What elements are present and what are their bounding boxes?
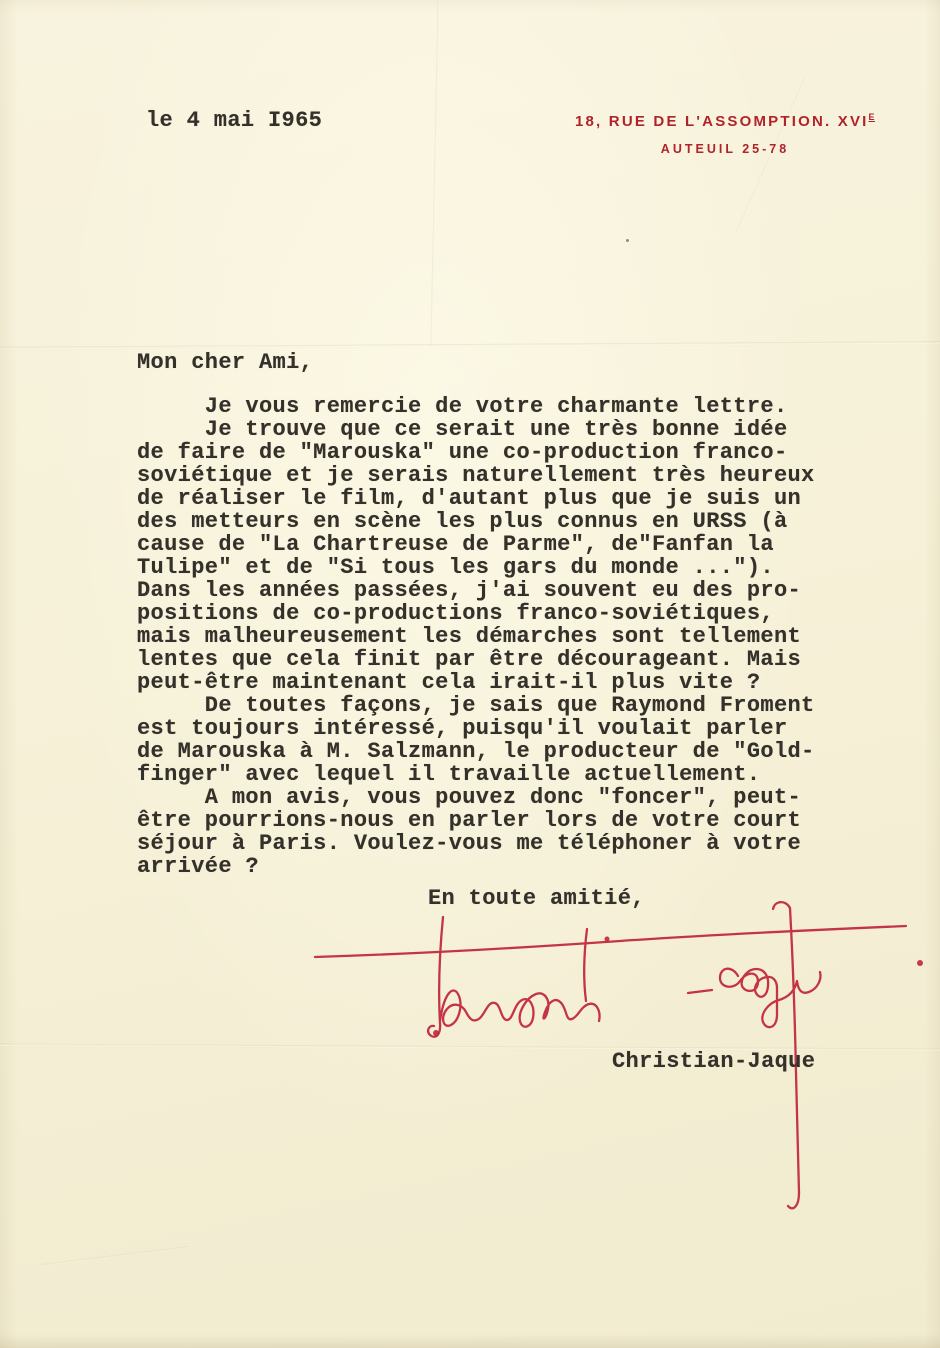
body-line: de réaliser le film, d'autant plus que j… — [137, 487, 815, 510]
signature-end-dot — [917, 960, 923, 966]
body-line: peut-être maintenant cela irait-il plus … — [137, 671, 815, 694]
i-dot — [605, 937, 610, 942]
letterhead-address: 18, RUE DE L'ASSOMPTION. XVIE — [555, 112, 895, 130]
typed-signature: Christian-Jaque — [612, 1049, 815, 1074]
body-line: positions de co-productions franco-sovié… — [137, 602, 815, 625]
salutation: Mon cher Ami, — [137, 350, 313, 375]
body-line: Tulipe" et de "Si tous les gars du monde… — [137, 556, 815, 579]
letter-page: { "letter": { "date": "le 4 mai I965", "… — [0, 0, 940, 1348]
body-line: de faire de "Marouska" une co-production… — [137, 441, 815, 464]
letter-body: Je vous remercie de votre charmante lett… — [137, 395, 815, 878]
body-line: mais malheureusement les démarches sont … — [137, 625, 815, 648]
body-line: être pourrions-nous en parler lors de vo… — [137, 809, 815, 832]
body-line: finger" avec lequel il travaille actuell… — [137, 763, 815, 786]
letter-date: le 4 mai I965 — [146, 108, 322, 133]
body-line: Dans les années passées, j'ai souvent eu… — [137, 579, 815, 602]
body-line: A mon avis, vous pouvez donc "foncer", p… — [137, 786, 815, 809]
letterhead-phone: AUTEUIL 25-78 — [555, 142, 895, 156]
body-line: des metteurs en scène les plus connus en… — [137, 510, 815, 533]
body-line: lentes que cela finit par être décourage… — [137, 648, 815, 671]
ink-blot — [433, 1030, 439, 1036]
body-line: cause de "La Chartreuse de Parme", de"Fa… — [137, 533, 815, 556]
letterhead-ordinal-suffix: E — [869, 112, 876, 122]
ink-speck — [626, 239, 629, 242]
body-line: de Marouska à M. Salzmann, le producteur… — [137, 740, 815, 763]
body-line: arrivée ? — [137, 855, 815, 878]
body-line: est toujours intéressé, puisqu'il voulai… — [137, 717, 815, 740]
body-line: De toutes façons, je sais que Raymond Fr… — [137, 694, 815, 717]
letterhead: 18, RUE DE L'ASSOMPTION. XVIE AUTEUIL 25… — [555, 112, 895, 156]
body-line: soviétique et je serais naturellement tr… — [137, 464, 815, 487]
body-line: séjour à Paris. Voulez-vous me téléphone… — [137, 832, 815, 855]
body-line: Je trouve que ce serait une très bonne i… — [137, 418, 815, 441]
body-line: Je vous remercie de votre charmante lett… — [137, 395, 815, 418]
